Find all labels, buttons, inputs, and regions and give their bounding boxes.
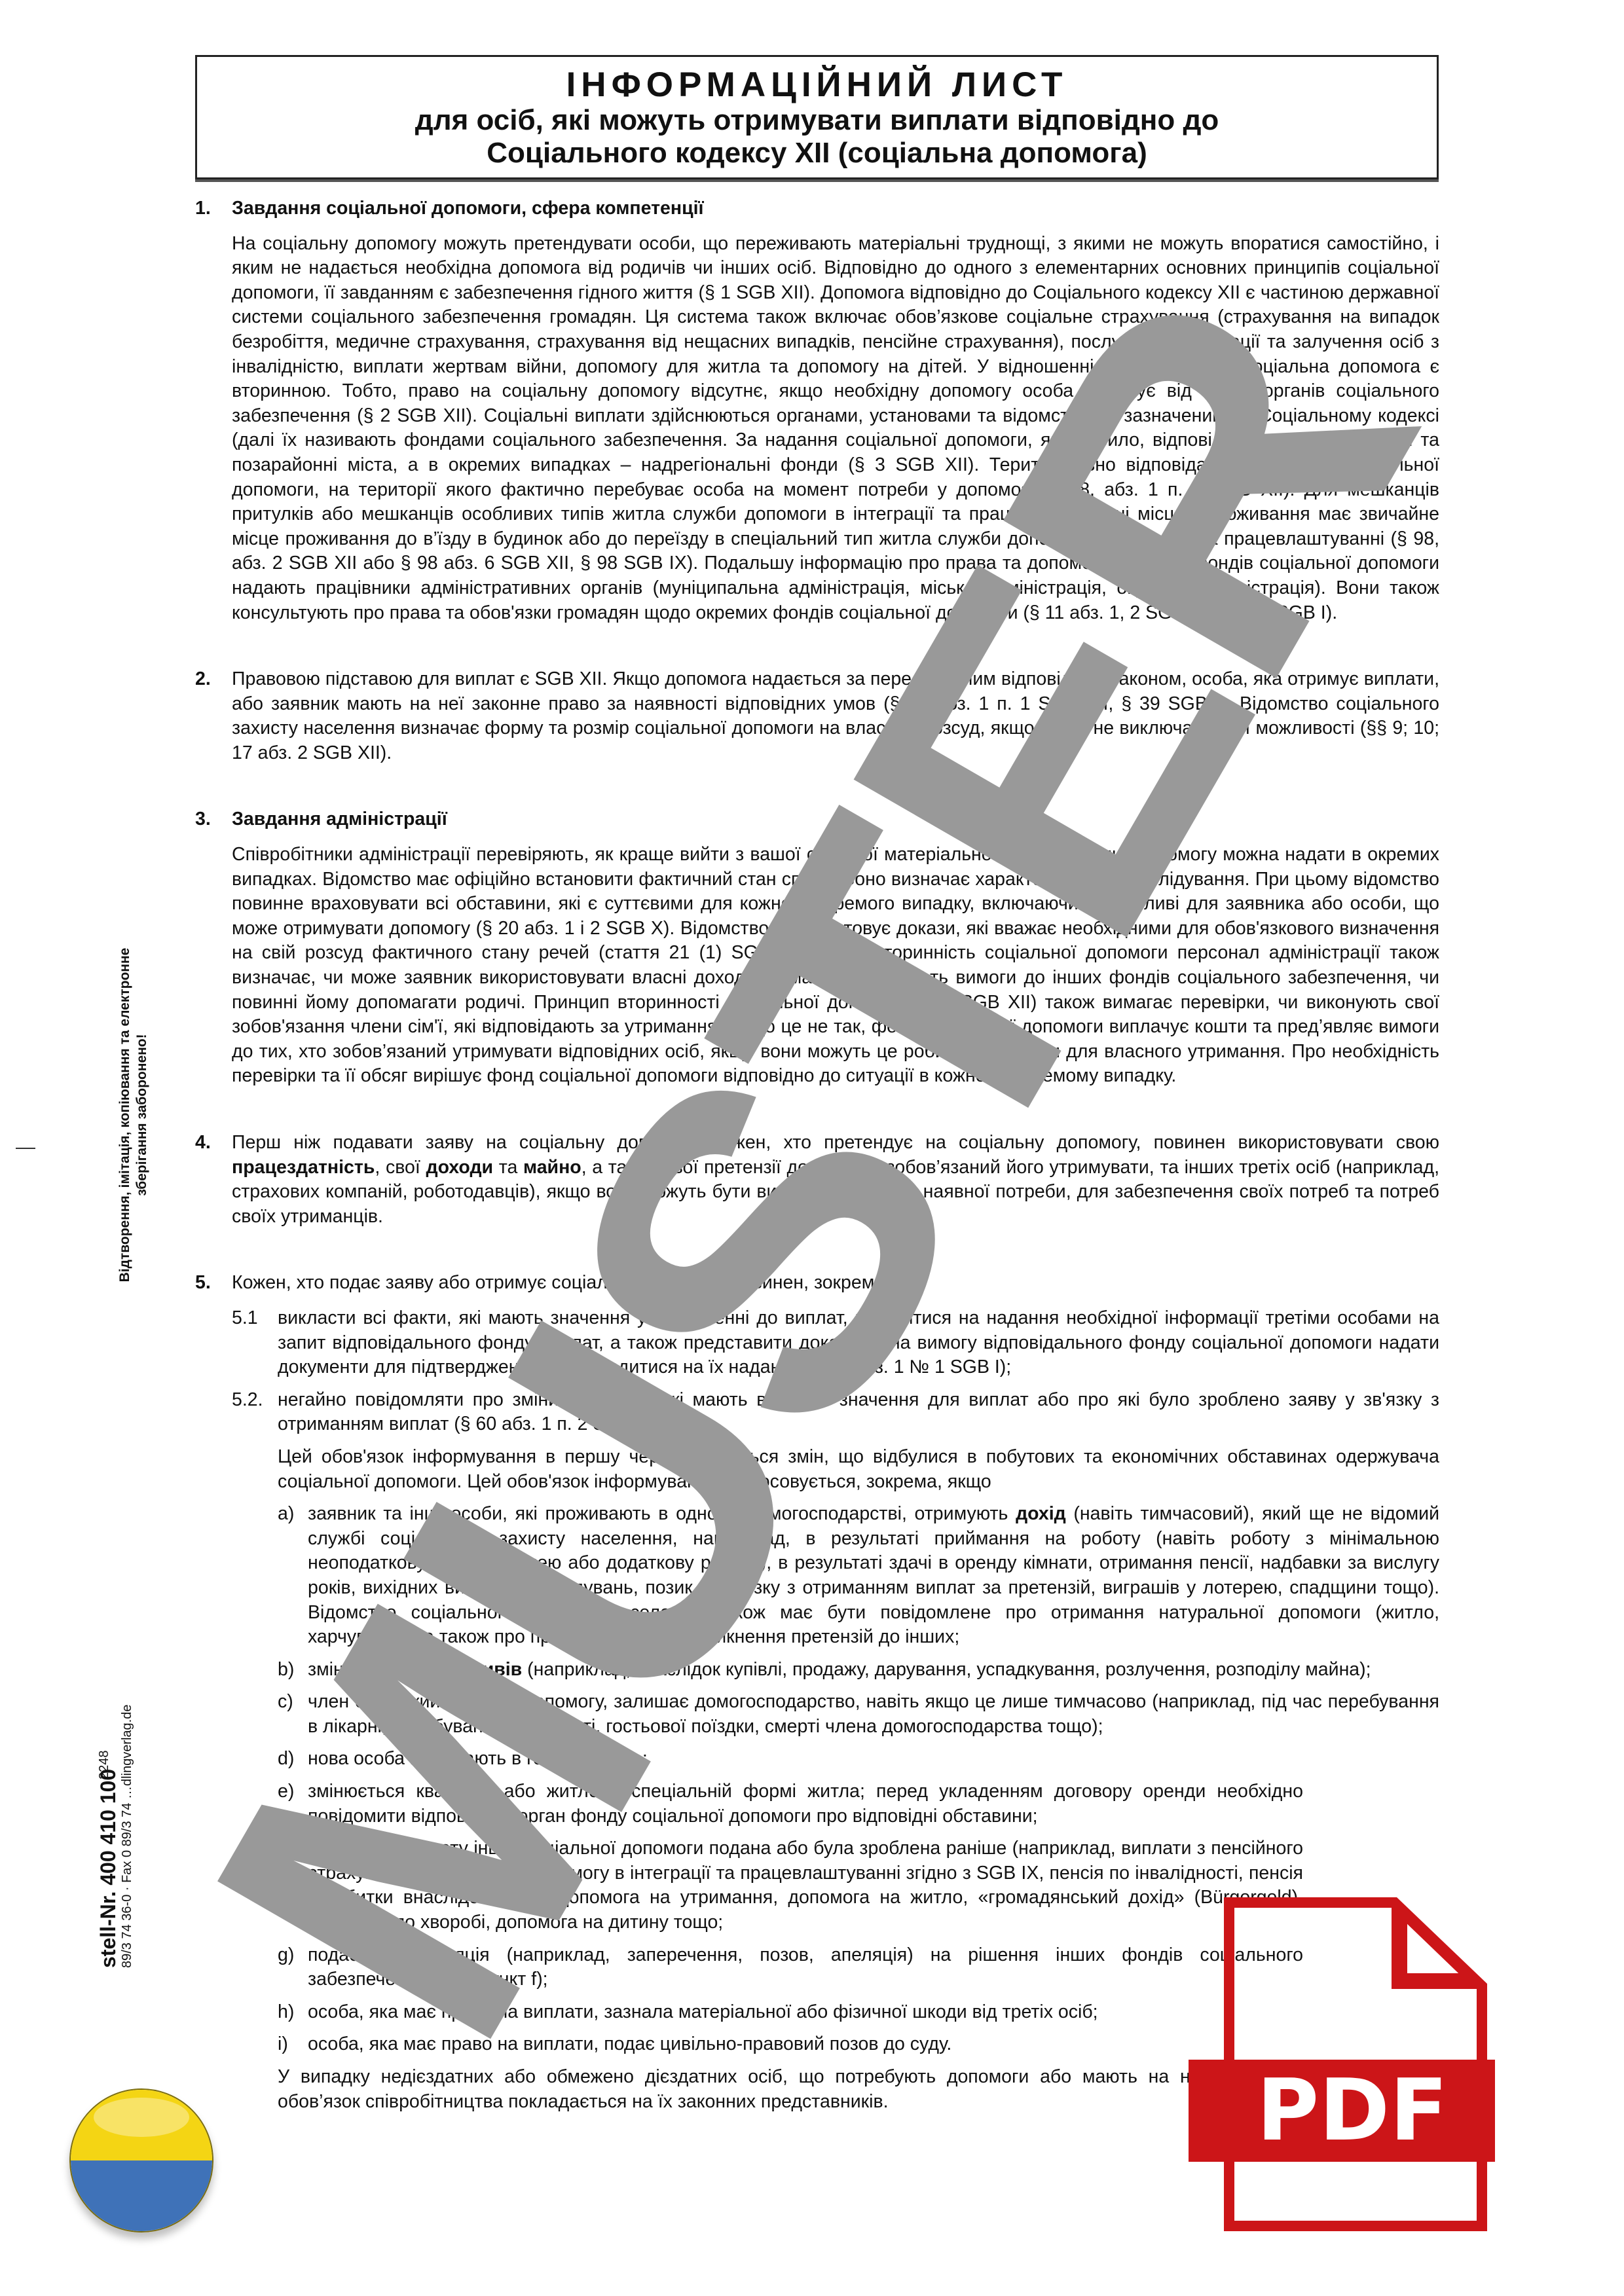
section-text: На соціальну допомогу можуть претендуват…	[232, 232, 1439, 626]
section-number: 3.	[195, 807, 211, 832]
subsection-5-1: 5.1 викласти всі факти, які мають значен…	[232, 1306, 1439, 1380]
section-number: 4.	[195, 1131, 211, 1156]
section-title: Завдання адміністрації	[232, 807, 1439, 832]
list-item-g: g) подається апеляція (наприклад, запере…	[278, 1943, 1303, 1992]
order-info: stell-Nr. 400 410 100 89/3 74 36-0 · Fax…	[97, 1705, 135, 1968]
list-item-c: c) член сім'ї, який отримує допомогу, за…	[278, 1690, 1439, 1739]
section-text: Перш ніж подавати заяву на соціальну доп…	[232, 1131, 1439, 1229]
list-item-d: d) нова особа приймають в господарство;	[278, 1747, 1439, 1772]
section-number: 2.	[195, 667, 211, 692]
section-2: 2. Правовою підставою для виплат є SGB X…	[195, 667, 1439, 765]
copyright-notice: Відтворення, імітація, копіювання та еле…	[117, 925, 151, 1305]
order-number: stell-Nr. 400 410 100	[97, 1705, 119, 1968]
section-title: Завдання соціальної допомоги, сфера комп…	[232, 196, 1439, 221]
subsection-label: 5.1	[232, 1306, 258, 1331]
fold-mark	[16, 1148, 35, 1149]
pdf-file-icon[interactable]: PDF	[1189, 1878, 1495, 2231]
document-title: ІНФОРМАЦІЙНИЙ ЛИСТ	[197, 66, 1437, 104]
section-text: Правовою підставою для виплат є SGB XII.…	[232, 667, 1439, 765]
section-1: 1. Завдання соціальної допомоги, сфера к…	[195, 196, 1439, 625]
list-item-h: h) особа, яка має право на виплати, зазн…	[278, 2000, 1303, 2025]
document-header: ІНФОРМАЦІЙНИЙ ЛИСТ для осіб, які можуть …	[195, 55, 1439, 179]
section-number: 1.	[195, 196, 211, 221]
list-item-a: a) заявник та інші особи, які проживають…	[278, 1502, 1439, 1650]
section-number: 5.	[195, 1271, 211, 1296]
subsection-text: негайно повідомляти про зміни обставин, …	[278, 1388, 1439, 1437]
ukraine-flag-icon	[69, 2088, 213, 2232]
publisher-contact: 89/3 74 36-0 · Fax 0 89/3 74 …dlingverla…	[119, 1705, 135, 1968]
list-item-i: i) особа, яка має право на виплати, пода…	[278, 2032, 1303, 2057]
list-item-f: f) заява про виплату іншої соціальної до…	[278, 1836, 1303, 1935]
list-item-b: b) змінюється стан активів (наприклад, в…	[278, 1658, 1439, 1683]
document-body: 1. Завдання соціальної допомоги, сфера к…	[195, 196, 1439, 2122]
section-4: 4. Перш ніж подавати заяву на соціальну …	[195, 1131, 1439, 1229]
section-text: Співробітники адміністрації перевіряють,…	[232, 843, 1439, 1089]
svg-text:PDF: PDF	[1257, 2060, 1448, 2160]
section-intro: Кожен, хто подає заяву або отримує соціа…	[232, 1271, 1439, 1296]
subsection-text: викласти всі факти, які мають значення у…	[278, 1306, 1439, 1380]
subsection-paragraph: Цей обов'язок інформування в першу чергу…	[278, 1445, 1439, 1494]
document-subtitle-line2: Соціального кодексу XII (соціальна допом…	[197, 137, 1437, 170]
document-subtitle-line1: для осіб, які можуть отримувати виплати …	[197, 104, 1437, 137]
list-item-e: e) змінюється квартиру або житло в спеці…	[278, 1779, 1303, 1829]
section-3: 3. Завдання адміністрації Співробітники …	[195, 807, 1439, 1089]
subsection-label: 5.2.	[232, 1388, 263, 1413]
closing-paragraph: У випадку недієздатних або обмежено дієз…	[278, 2065, 1273, 2114]
